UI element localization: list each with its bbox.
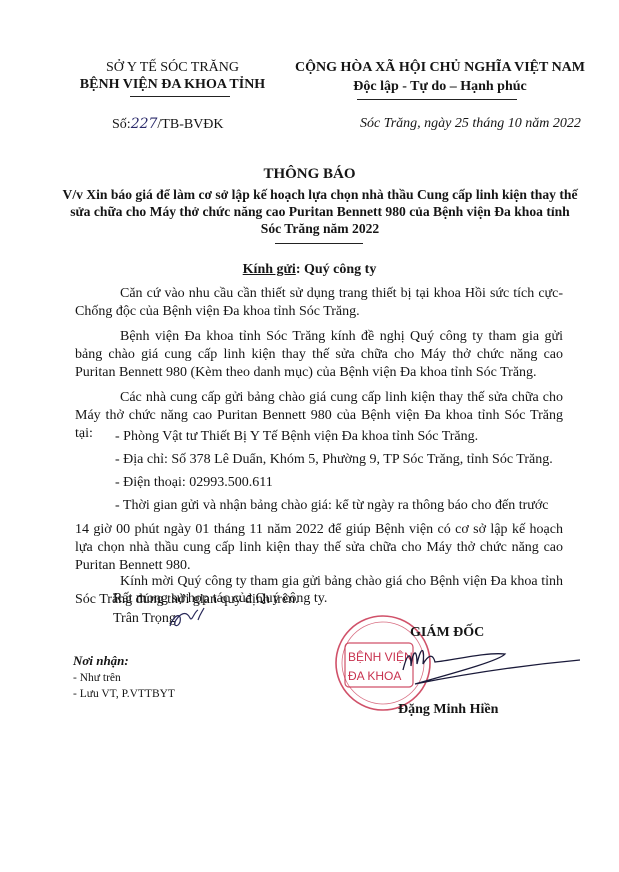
salutation-label: Kính gửi [243, 262, 296, 277]
header-left-divider [130, 96, 230, 97]
department-name: SỞ Y TẾ SÓC TRĂNG [40, 60, 305, 76]
bullet-office: - Phòng Vật tư Thiết Bị Y Tế Bệnh viện Đ… [115, 429, 478, 445]
document-title: THÔNG BÁO [0, 166, 619, 183]
recipient-item: - Lưu VT, P.VTTBYT [73, 688, 175, 700]
body-paragraph-2: Bệnh viện Đa khoa tỉnh Sóc Trăng kính đề… [75, 328, 563, 382]
salutation: Kính gửi: Quý công ty [0, 262, 619, 278]
doc-number-suffix: /TB-BVĐK [157, 117, 223, 132]
closing-line-1: Rất mong sự hợp tác của Quý công ty. [113, 591, 327, 607]
place-date: Sóc Trăng, ngày 25 tháng 10 năm 2022 [360, 116, 581, 132]
recipient-item: - Như trên [73, 672, 121, 684]
header-right-divider [357, 99, 517, 100]
deadline-continuation: 14 giờ 00 phút ngày 01 tháng 11 năm 2022… [75, 521, 563, 575]
subject-divider [275, 243, 363, 244]
signer-name: Đặng Minh Hiền [398, 702, 498, 718]
doc-number-prefix: Số: [112, 117, 131, 132]
salutation-recipient: : Quý công ty [296, 262, 377, 277]
recipients-heading: Nơi nhận: [73, 653, 129, 669]
bullet-deadline: - Thời gian gửi và nhận bảng chào giá: k… [115, 498, 548, 514]
document-subject: V/v Xin báo giá để làm cơ sở lập kế hoạc… [60, 186, 580, 237]
doc-number-handwritten: 227 [131, 116, 158, 132]
closing-line-2: Trân Trọng [113, 611, 176, 627]
signature-icon [395, 640, 585, 695]
national-motto: Độc lập - Tự do – Hạnh phúc [290, 79, 590, 95]
signer-title: GIÁM ĐỐC [410, 625, 484, 641]
nation-title: CỘNG HÒA XÃ HỘI CHỦ NGHĨA VIỆT NAM [290, 60, 590, 76]
stamp-text-2: ĐA KHOA [348, 669, 401, 683]
bullet-address: - Địa chỉ: Số 378 Lê Duẩn, Khóm 5, Phườn… [115, 452, 553, 468]
organization-name: BỆNH VIỆN ĐA KHOA TỈNH [40, 77, 305, 93]
body-paragraph-1: Căn cứ vào nhu cầu cần thiết sử dụng tra… [75, 285, 563, 321]
handwritten-initial-icon [168, 606, 208, 631]
document-number: Số:227/TB-BVĐK [112, 116, 224, 133]
bullet-phone: - Điện thoại: 02993.500.611 [115, 475, 273, 491]
